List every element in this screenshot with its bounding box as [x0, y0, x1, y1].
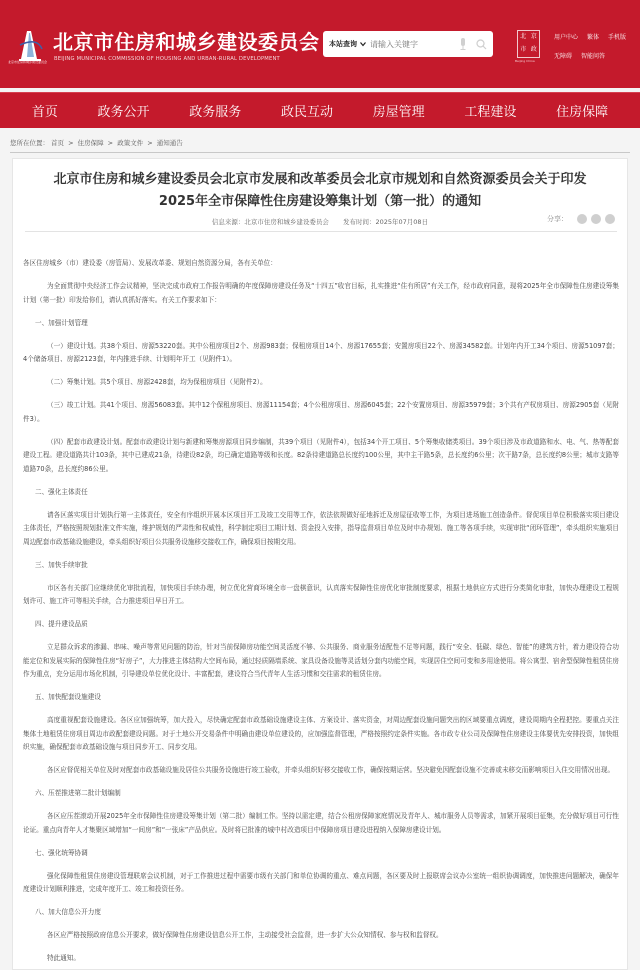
- paragraph: （三）竣工计划。共41个项目、房源56083套。其中12个保租房项目、房源111…: [23, 399, 619, 426]
- article-title: 北京市住房和城乡建设委员会北京市发展和改革委员会北京市规划和自然资源委员会关于印…: [13, 169, 627, 213]
- divider: [25, 231, 617, 232]
- breadcrumb-housing-security[interactable]: 住房保障: [78, 139, 104, 147]
- logo-caption: 北京市住房和城乡建设委员会: [8, 60, 47, 64]
- breadcrumb-notices[interactable]: 通知通告: [157, 139, 183, 147]
- paragraph: （一）建设计划。共38个项目、房源53220套。其中公租房项目2个、房源983套…: [23, 340, 619, 367]
- divider: [10, 152, 630, 153]
- nav-item-gov-services[interactable]: 政务服务: [189, 101, 241, 120]
- beijing-logo-char: 京: [529, 31, 540, 44]
- beijing-logo-char: 市: [518, 44, 529, 57]
- breadcrumb-separator: >: [145, 139, 155, 147]
- article-meta: 信息来源：北京市住房和城乡建设委员会 发布时间：2025年07月08日: [13, 217, 627, 226]
- section-heading: 八、加大信息公开力度: [23, 906, 619, 920]
- section-heading: 二、强化主体责任: [23, 486, 619, 500]
- nav-item-construction[interactable]: 工程建设: [464, 101, 516, 120]
- paragraph: 各区应压茬滚动开展2025年全市保障性住房建设筹集计划（第二批）编制工作。坚持以…: [23, 810, 619, 837]
- section-heading: 七、强化统筹协调: [23, 847, 619, 861]
- qzone-icon[interactable]: [605, 214, 615, 224]
- article: 北京市住房和城乡建设委员会北京市发展和改革委员会北京市规划和自然资源委员会关于印…: [12, 158, 628, 970]
- paragraph: 强化保障性租赁住房建设管理联席会议机制，对于工作推进过程中需要市级有关部门和单位…: [23, 870, 619, 897]
- article-source: 信息来源：北京市住房和城乡建设委员会: [212, 218, 329, 226]
- beijing-logo-char: 北: [518, 31, 529, 44]
- section-heading: 四、提升建设品质: [23, 618, 619, 632]
- site-header: 北京市住房和城乡建设委员会 北京市住房和城乡建设委员会 BEIJING MUNI…: [0, 0, 640, 88]
- paragraph: （二）筹集计划。共5个项目、房源2428套，均为保租房项目（见附件2）。: [23, 376, 619, 390]
- breadcrumb-home[interactable]: 首页: [51, 139, 64, 147]
- nav-item-gov-affairs-public[interactable]: 政务公开: [98, 101, 150, 120]
- section-heading: 五、加快配套设施建设: [23, 691, 619, 705]
- commission-logo-icon[interactable]: [17, 29, 43, 63]
- breadcrumb-prefix: 您所在位置：: [10, 139, 49, 147]
- site-title[interactable]: 北京市住房和城乡建设委员会: [53, 31, 320, 53]
- chevron-down-icon[interactable]: [360, 41, 366, 47]
- paragraph: 市区各有关部门应继续优化审批流程，加快项目手续办理，树立优化营商环境全市一盘棋意…: [23, 582, 619, 609]
- article-date: 发布时间：2025年07月08日: [343, 218, 428, 226]
- breadcrumb-separator: >: [106, 139, 116, 147]
- smart-qa-link[interactable]: 智能问答: [581, 51, 605, 60]
- paragraph: 为全面贯彻中央经济工作会议精神，坚决完成市政府工作报告明确的年度保障房建设任务及…: [23, 280, 619, 307]
- site-subtitle: BEIJING MUNICIPAL COMMISSION OF HOUSING …: [54, 56, 280, 62]
- beijing-logo[interactable]: 北 京 市 政: [517, 30, 540, 58]
- mobile-version-link[interactable]: 手机版: [608, 32, 626, 41]
- paragraph: 各区应严格按照政府信息公开要求，做好保障性住房建设信息公开工作，主动接受社会监督…: [23, 929, 619, 943]
- nav-item-housing-management[interactable]: 房屋管理: [373, 101, 425, 120]
- search-box: 本站查询: [323, 31, 493, 57]
- main-nav: 首页 政务公开 政务服务 政民互动 房屋管理 工程建设 住房保障: [0, 92, 640, 128]
- section-heading: 六、压茬推进第二批计划编制: [23, 787, 619, 801]
- share-label: 分享：: [547, 214, 568, 224]
- wechat-icon[interactable]: [577, 214, 587, 224]
- article-title-line-2: 2025年全市保障性住房建设筹集计划（第一批）的通知: [21, 191, 619, 213]
- beijing-logo-caption: Beijing China: [515, 59, 535, 63]
- beijing-logo-char: 政: [529, 44, 540, 57]
- paragraph: 立足群众诉求的渗漏、串味、噪声等常见问题的防治，针对当前保障房功能空间灵活度不够…: [23, 641, 619, 682]
- paragraph: 请各区落实项目计划执行第一主体责任，安全有序组织开展本区项目开工及竣工交用等工作…: [23, 509, 619, 550]
- share-bar: 分享：: [547, 214, 615, 224]
- search-scope-select[interactable]: 本站查询: [329, 39, 357, 49]
- traditional-chinese-link[interactable]: 繁体: [587, 32, 599, 41]
- weibo-icon[interactable]: [591, 214, 601, 224]
- paragraph: （四）配套市政建设计划。配套市政建设计划与新建和筹集房源项目同步编制，共39个项…: [23, 436, 619, 477]
- nav-item-interaction[interactable]: 政民互动: [281, 101, 333, 120]
- breadcrumb-policy-docs[interactable]: 政策文件: [117, 139, 143, 147]
- nav-item-home[interactable]: 首页: [32, 101, 58, 120]
- article-title-line-1: 北京市住房和城乡建设委员会北京市发展和改革委员会北京市规划和自然资源委员会关于印…: [21, 169, 619, 191]
- breadcrumb-separator: >: [66, 139, 76, 147]
- paragraph: 各区应督促相关单位及时对配套市政基础设施及居住公共服务设施进行竣工验收，并牵头组…: [23, 764, 619, 778]
- paragraph: 各区住房城乡（市）建设委（房管局）、发展改革委、规划自然资源分局，各有关单位：: [23, 257, 619, 271]
- nav-item-housing-security[interactable]: 住房保障: [556, 101, 608, 120]
- search-icon[interactable]: [476, 39, 487, 50]
- search-input[interactable]: [370, 40, 458, 49]
- article-body: 各区住房城乡（市）建设委（房管局）、发展改革委、规划自然资源分局，各有关单位：为…: [23, 257, 619, 970]
- accessibility-link[interactable]: 无障碍: [554, 51, 572, 60]
- paragraph: 特此通知。: [23, 952, 619, 966]
- microphone-icon[interactable]: [458, 38, 468, 50]
- section-heading: 三、加快手续审批: [23, 559, 619, 573]
- section-heading: 一、加强计划管理: [23, 317, 619, 331]
- paragraph: 高度重视配套设施建设。各区应加强统筹，加大投入，尽快确定配套市政基础设施建设主体…: [23, 714, 619, 755]
- breadcrumb: 您所在位置：首页 > 住房保障 > 政策文件 > 通知通告: [10, 138, 185, 147]
- top-links: 用户中心 繁体 手机版 无障碍 智能问答: [554, 32, 640, 70]
- user-center-link[interactable]: 用户中心: [554, 32, 578, 41]
